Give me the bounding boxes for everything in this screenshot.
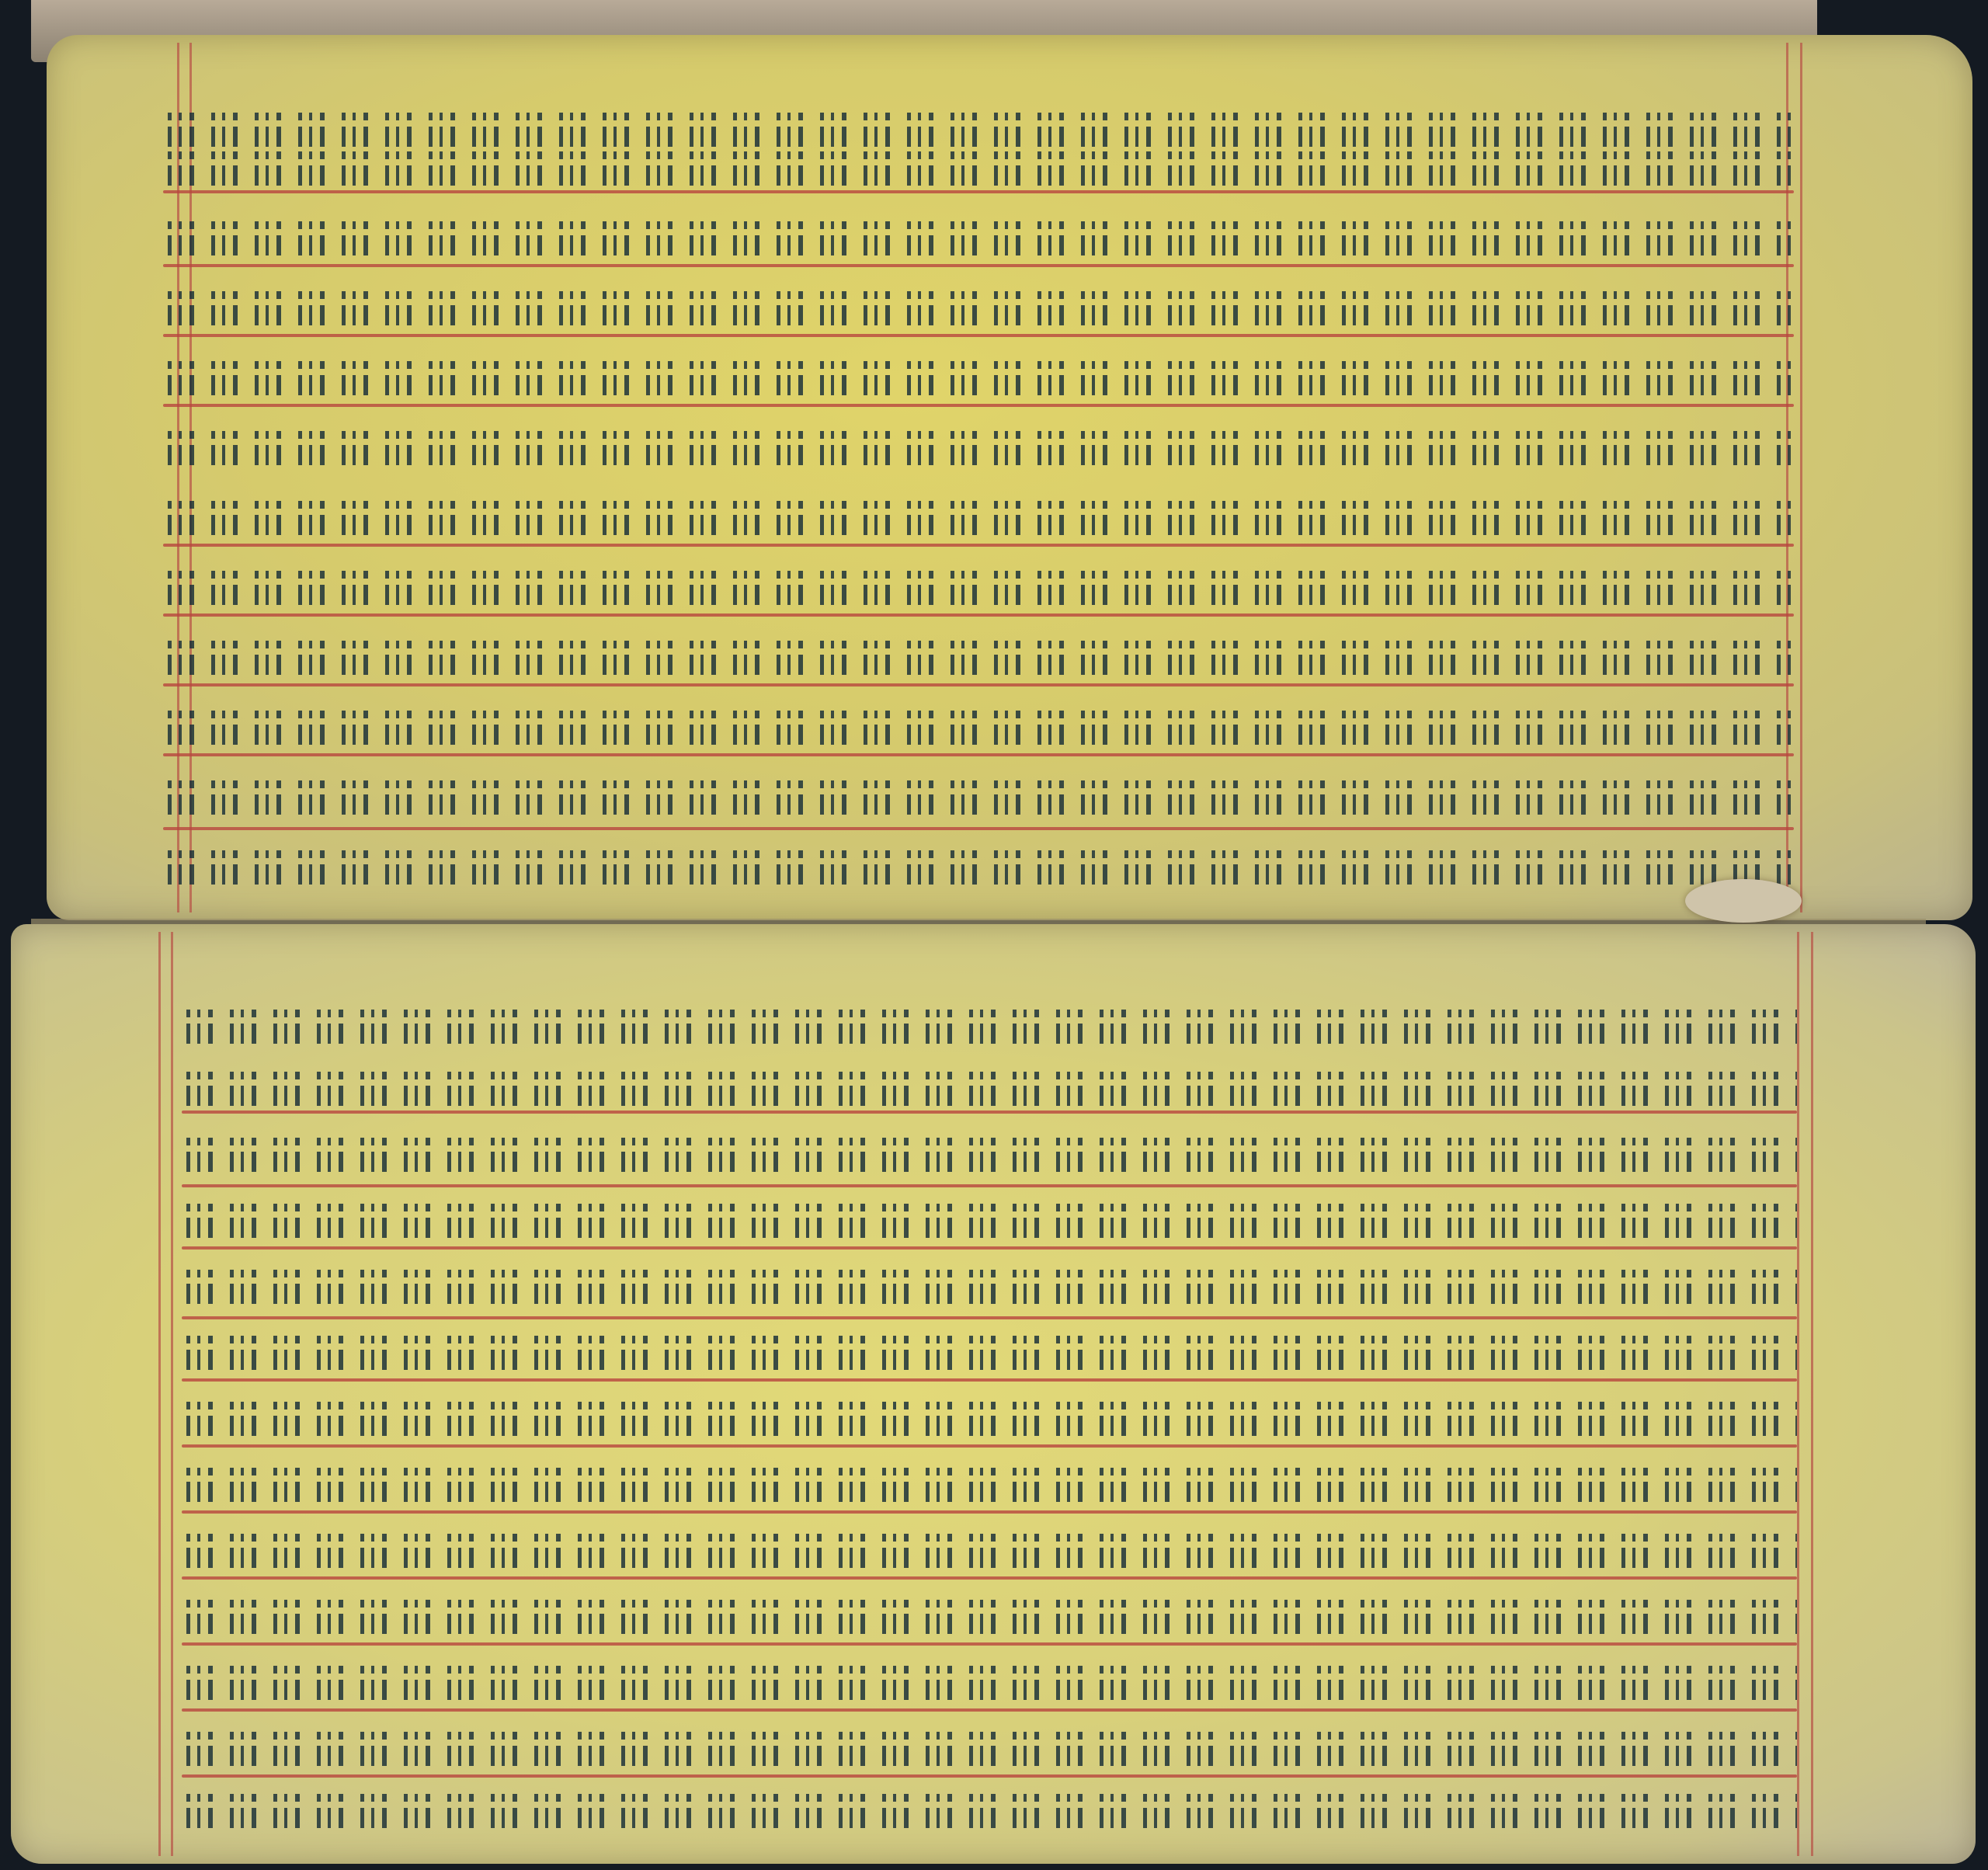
- lower-page: [11, 924, 1976, 1864]
- script-line: [182, 1732, 1797, 1778]
- script-line: [163, 780, 1794, 827]
- script-line: [182, 1666, 1797, 1712]
- script-line: [163, 641, 1794, 687]
- script-line: [182, 1336, 1797, 1382]
- right-margin-line: [1800, 43, 1802, 912]
- left-margin-line: [171, 932, 173, 1856]
- script-line: [163, 361, 1794, 408]
- script-line: [163, 571, 1794, 617]
- script-line: [182, 1468, 1797, 1514]
- script-line: [182, 1010, 1797, 1056]
- script-line: [163, 711, 1794, 757]
- right-margin-line: [1811, 932, 1813, 1856]
- script-line: [182, 1534, 1797, 1580]
- right-margin-line: [1797, 932, 1799, 1856]
- torn-fold: [1685, 879, 1802, 923]
- script-line: [182, 1402, 1797, 1448]
- upper-page: [47, 35, 1972, 920]
- script-line: [182, 1600, 1797, 1646]
- script-line: [163, 151, 1794, 198]
- left-margin-line: [158, 932, 161, 1856]
- script-line: [182, 1138, 1797, 1184]
- script-line: [163, 501, 1794, 547]
- script-line: [182, 1270, 1797, 1316]
- text-block: [163, 113, 1794, 889]
- script-line: [182, 1204, 1797, 1250]
- script-line: [163, 850, 1794, 889]
- script-line: [163, 291, 1794, 338]
- script-line: [163, 431, 1794, 478]
- script-line: [163, 221, 1794, 268]
- script-line: [182, 1794, 1797, 1833]
- text-block: [182, 1010, 1797, 1833]
